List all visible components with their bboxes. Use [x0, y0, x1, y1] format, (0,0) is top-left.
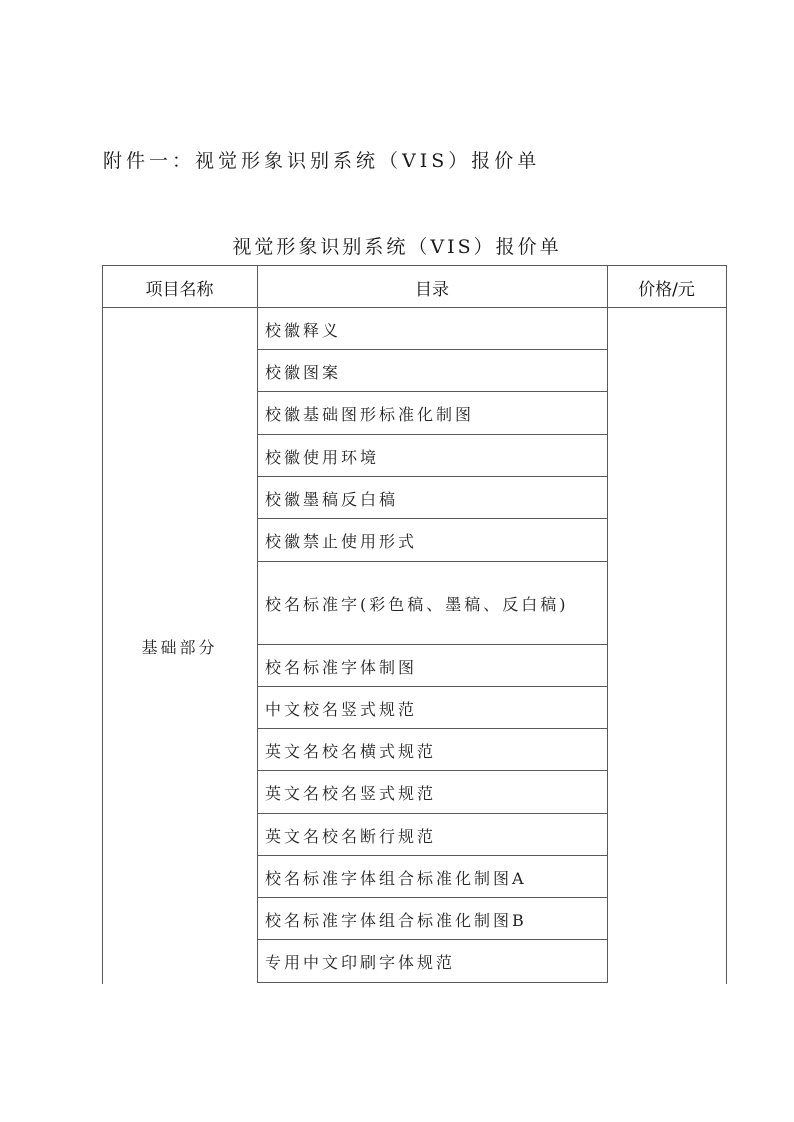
row-divider	[257, 518, 608, 519]
list-item: 校徽墨稿反白稿	[265, 487, 398, 510]
header-price: 价格/元	[607, 275, 726, 300]
row-divider	[257, 349, 608, 350]
list-item: 英文名校名断行规范	[265, 824, 436, 847]
list-item: 校名标准字体制图	[265, 655, 417, 678]
list-item: 校徽基础图形标准化制图	[265, 402, 474, 425]
table-title: 视觉形象识别系统（VIS）报价单	[0, 232, 794, 259]
list-item: 校徽使用环境	[265, 445, 379, 468]
list-item: 校名标准字(彩色稿、墨稿、反白稿)	[265, 592, 569, 615]
row-divider	[257, 770, 608, 771]
table-top-border	[102, 265, 727, 266]
list-item: 英文名校名竖式规范	[265, 781, 436, 804]
row-divider	[257, 813, 608, 814]
row-divider	[257, 982, 608, 983]
row-divider	[257, 897, 608, 898]
row-divider	[257, 476, 608, 477]
list-item: 校名标准字体组合标准化制图A	[265, 866, 527, 889]
row-divider	[257, 391, 608, 392]
list-item: 校名标准字体组合标准化制图B	[265, 908, 527, 931]
row-divider	[257, 561, 608, 562]
row-divider	[257, 728, 608, 729]
list-item: 校徽禁止使用形式	[265, 529, 417, 552]
table-right-border	[726, 265, 727, 984]
row-divider	[257, 855, 608, 856]
column-divider-1	[257, 265, 258, 983]
list-item: 中文校名竖式规范	[265, 697, 417, 720]
row-divider	[257, 644, 608, 645]
row-divider	[257, 686, 608, 687]
attachment-title: 附件一：视觉形象识别系统（VIS）报价单	[103, 146, 540, 173]
category-cell: 基础部分	[102, 635, 257, 658]
column-divider-2	[607, 265, 608, 983]
list-item: 英文名校名横式规范	[265, 739, 436, 762]
list-item: 校徽图案	[265, 360, 341, 383]
row-divider	[257, 434, 608, 435]
row-divider	[257, 939, 608, 940]
header-project-name: 项目名称	[102, 275, 257, 300]
table-left-border	[102, 265, 103, 984]
list-item: 专用中文印刷字体规范	[265, 950, 455, 973]
header-catalog: 目录	[257, 275, 607, 300]
header-bottom-border	[102, 307, 727, 308]
list-item: 校徽释义	[265, 318, 341, 341]
